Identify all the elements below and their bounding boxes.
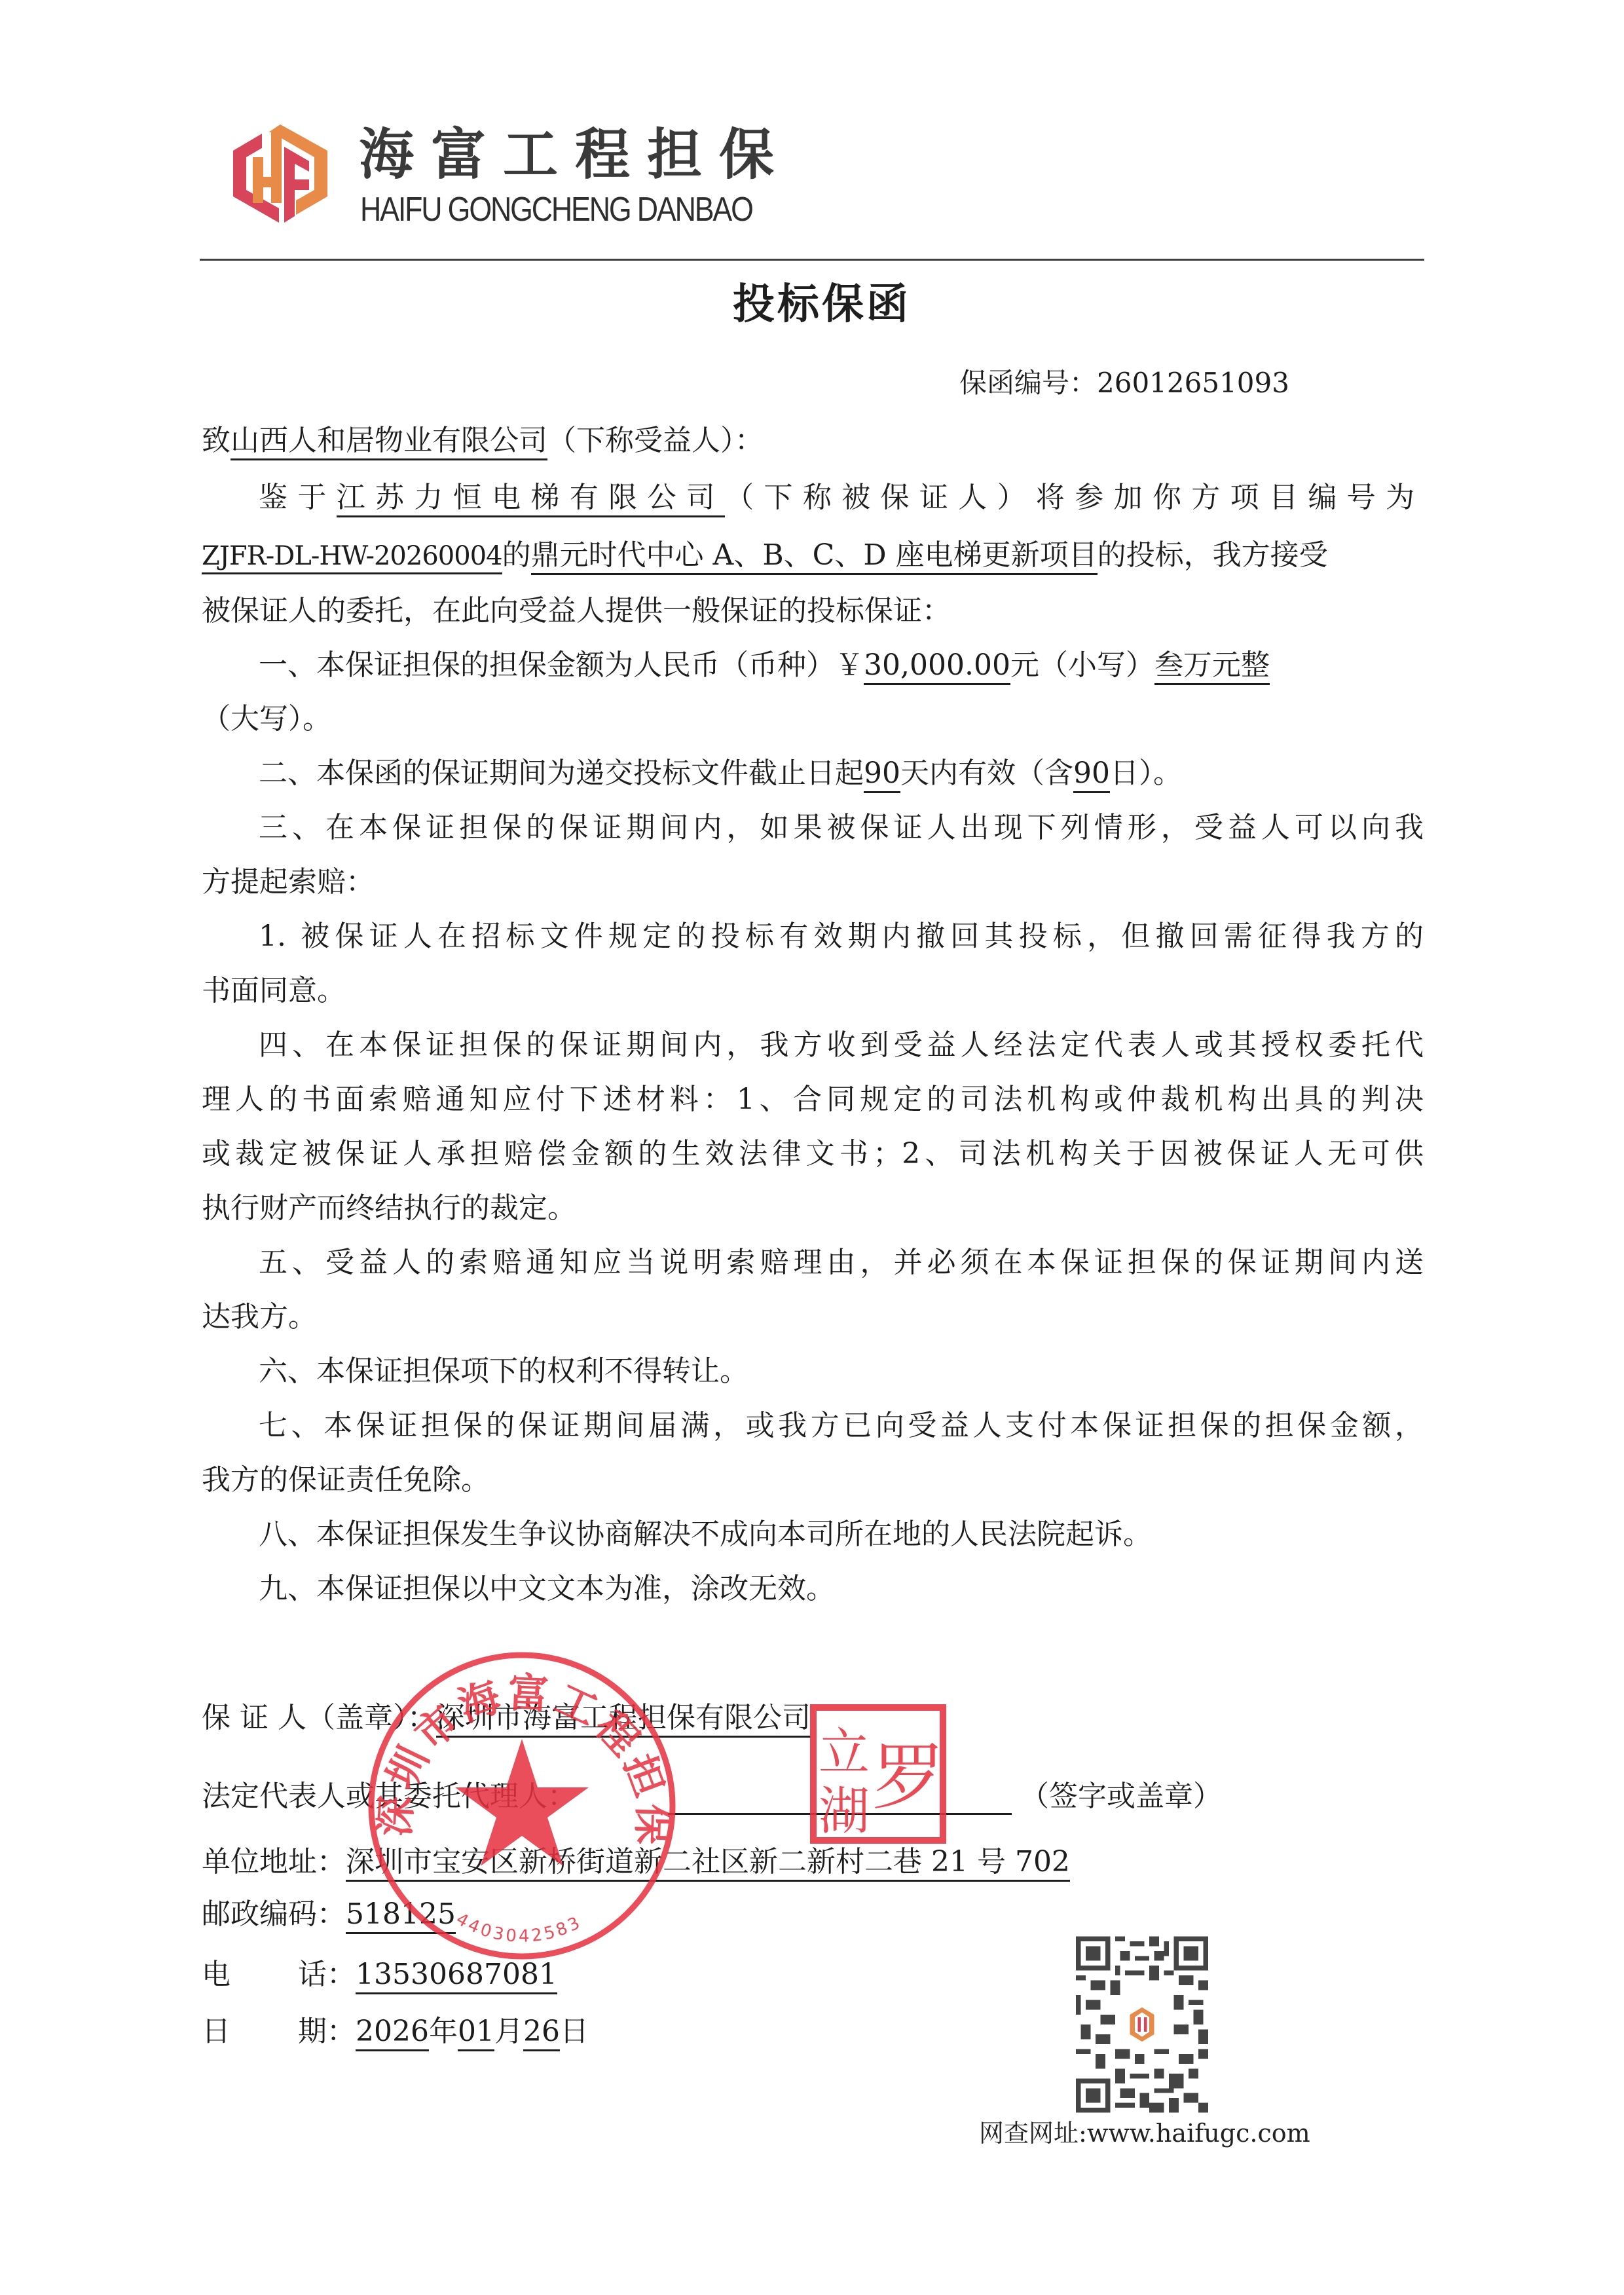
intro-suffix: （下称被保证人）将参加你方项目编号为: [725, 481, 1424, 514]
company-seal: 深圳市海富工程担保有限公司 4403042583: [363, 1647, 681, 1965]
qr-code-icon: [1076, 1935, 1208, 2114]
intro-line-3: 被保证人的委托，在此向受益人提供一般保证的投标保证：: [202, 591, 951, 631]
date-year: 2026: [356, 2015, 429, 2051]
company-logo: [228, 118, 333, 229]
date-year-unit: 年: [429, 2015, 458, 2048]
guarantee-number: 保函编号：26012651093: [959, 364, 1289, 403]
date-day-unit: 日: [560, 2015, 589, 2048]
intro-line-2: ZJFR-DL-HW-20260004的鼎元时代中心 A、B、C、D 座电梯更新…: [202, 536, 1328, 576]
intro-mid: 的: [502, 538, 531, 572]
phone-label-2: 话：: [298, 1958, 356, 1991]
clause-1-prefix: 一、本保证担保的担保金额为人民币（币种）￥: [259, 648, 864, 682]
clause-2: 二、本保函的保证期间为递交投标文件截止日起90天内有效（含90日）。: [259, 754, 1182, 793]
signature-note: （签字或盖章）: [1020, 1777, 1222, 1816]
postcode-label: 邮政编码：: [202, 1897, 346, 1931]
clause-7-line-2: 我方的保证责任免除。: [202, 1461, 490, 1500]
clause-4-line-4: 执行财产而终结执行的裁定。: [202, 1189, 576, 1228]
website-label: 网查网址:: [979, 2119, 1087, 2148]
address-label: 单位地址：: [202, 1845, 346, 1878]
clause-4-line-2: 理人的书面索赔通知应付下述材料：1、合同规定的司法机构或仲裁机构出具的判决: [202, 1080, 1424, 1119]
amount-words: 叁万元整: [1154, 648, 1270, 685]
beneficiary-name: 山西人和居物业有限公司: [231, 424, 547, 460]
date-month: 01: [458, 2015, 494, 2051]
clause-8: 八、本保证担保发生争议协商解决不成向本司所在地的人民法院起诉。: [259, 1515, 1152, 1554]
verification-website: 网查网址:www.haifugc.com: [979, 2117, 1310, 2150]
clause-6: 六、本保证担保项下的权利不得转让。: [259, 1352, 748, 1391]
svg-text:4403042583: 4403042583: [452, 1909, 585, 1947]
header-divider: [200, 259, 1424, 261]
amount-figures: 30,000.00: [864, 648, 1010, 685]
date-label-1: 日: [202, 2012, 298, 2051]
addressee-line: 致山西人和居物业有限公司（下称受益人）：: [202, 421, 764, 460]
principal-name: 江苏力恒电梯有限公司: [337, 481, 725, 517]
clause-1-line-2: （大写）。: [202, 700, 331, 739]
document-title: 投标保函: [0, 275, 1624, 334]
clause-5-line-2: 达我方。: [202, 1297, 317, 1337]
brand-name-en: HAIFU GONGCHENG DANBAO: [360, 190, 752, 229]
intro-suffix-2: 的投标，我方接受: [1098, 538, 1328, 572]
brand-name-cn: 海富工程担保: [359, 122, 791, 187]
clause-3-line-1: 三、在本保证担保的保证期间内，如果被保证人出现下列情形，受益人可以向我: [259, 808, 1424, 848]
clause-2-suffix: 日）。: [1110, 756, 1182, 790]
website-link[interactable]: www.haifugc.com: [1087, 2119, 1310, 2148]
square-seal-icon: 立 湖 罗: [810, 1704, 946, 1844]
clause-2-mid: 天内有效（含: [900, 756, 1073, 790]
clause-4-line-1: 四、在本保证担保的保证期间内，我方收到受益人经法定代表人或其授权委托代: [259, 1026, 1424, 1065]
date-month-unit: 月: [494, 2015, 523, 2048]
clause-3-1-line-1: 1. 被保证人在招标文件规定的投标有效期内撤回其投标，但撤回需征得我方的: [259, 917, 1424, 956]
legal-rep-seal: 立 湖 罗: [810, 1704, 946, 1844]
clause-9: 九、本保证担保以中文文本为准，涂改无效。: [259, 1569, 835, 1609]
phone-label-1: 电: [202, 1955, 298, 1994]
validity-days-inclusive: 90: [1073, 756, 1110, 793]
verification-qr-code[interactable]: [1076, 1935, 1208, 2114]
guarantee-number-label: 保函编号：: [959, 367, 1097, 399]
intro-line-1: 鉴于江苏力恒电梯有限公司（下称被保证人）将参加你方项目编号为: [259, 478, 1424, 517]
addressee-suffix: （下称受益人）：: [547, 424, 764, 457]
hf-hexagon-logo-icon: [228, 118, 333, 229]
round-seal-icon: 深圳市海富工程担保有限公司 4403042583: [363, 1647, 681, 1965]
clause-7-line-1: 七、本保证担保的保证期间届满，或我方已向受益人支付本保证担保的担保金额，: [259, 1406, 1424, 1446]
clause-3-1-line-2: 书面同意。: [202, 971, 346, 1011]
clause-2-prefix: 二、本保函的保证期间为递交投标文件截止日起: [259, 756, 864, 790]
date-row: 日期：2026年01月26日: [202, 2012, 589, 2051]
seal-char-3: 罗: [872, 1736, 944, 1819]
date-label-2: 期：: [298, 2015, 356, 2048]
guarantee-number-value: 26012651093: [1097, 367, 1289, 399]
seal-code-text: 4403042583: [452, 1909, 585, 1947]
clause-5-line-1: 五、受益人的索赔通知应当说明索赔理由，并必须在本保证担保的保证期间内送: [259, 1243, 1424, 1282]
project-number: ZJFR-DL-HW-20260004: [202, 541, 502, 574]
seal-char-2: 湖: [819, 1782, 870, 1841]
project-name: 鼎元时代中心 A、B、C、D 座电梯更新项目: [531, 538, 1098, 575]
addressee-prefix: 致: [202, 424, 231, 457]
validity-days: 90: [864, 756, 900, 793]
clause-1-line-1: 一、本保证担保的担保金额为人民币（币种）￥30,000.00元（小写）叁万元整: [259, 646, 1270, 685]
clause-3-line-2: 方提起索赔：: [202, 863, 375, 902]
date-day: 26: [523, 2015, 560, 2051]
intro-prefix: 鉴于: [259, 481, 337, 514]
clause-4-line-3: 或裁定被保证人承担赔偿金额的生效法律文书；2、司法机构关于因被保证人无可供: [202, 1134, 1424, 1174]
seal-char-1: 立: [819, 1723, 870, 1782]
clause-1-mid: 元（小写）: [1010, 648, 1154, 682]
